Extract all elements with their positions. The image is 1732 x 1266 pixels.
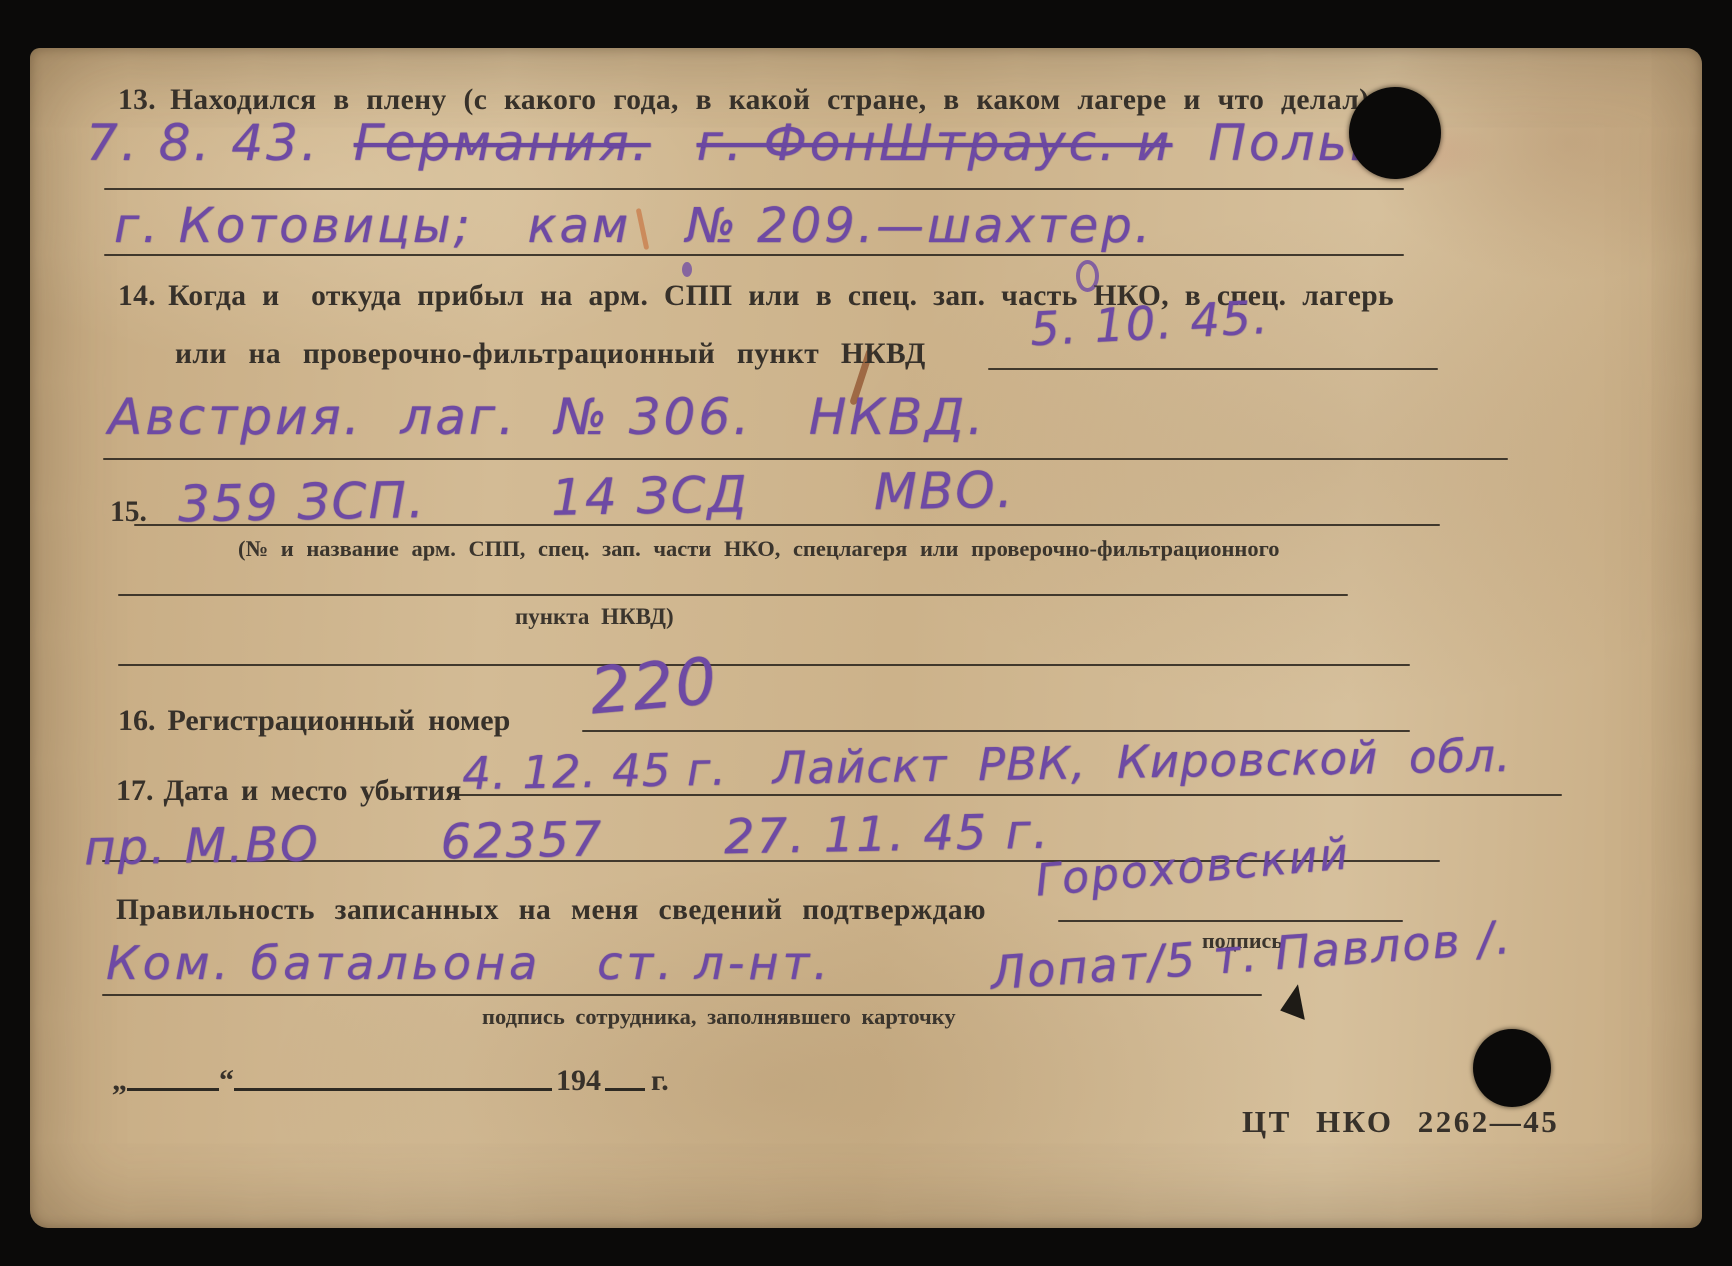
- ruled-line: [104, 254, 1404, 256]
- item-13-answer-line1: 7. 8. 43. Германия. г. ФонШтраус. и Поль…: [86, 114, 1432, 172]
- item-16-number: 16.: [118, 704, 156, 738]
- registration-number-handwritten: 220: [587, 645, 721, 730]
- confirmation-label: Правильность записанных на меня сведений…: [116, 894, 986, 927]
- arrival-date-handwritten: 5. 10. 45.: [1029, 290, 1271, 356]
- blank-month-line: [234, 1088, 552, 1091]
- paper-tear: [1279, 982, 1311, 1020]
- confirmation-signature-handwritten: Гороховский: [1033, 828, 1351, 906]
- ink-blot-purple: [682, 262, 692, 277]
- ruled-line: [104, 188, 1404, 190]
- close-quote: “: [219, 1064, 234, 1098]
- ruled-line: [118, 664, 1410, 666]
- year-suffix: г.: [651, 1064, 669, 1098]
- item-15-caption-line1: (№ и название арм. СПП, спец. зап. части…: [238, 536, 1280, 562]
- ruled-line: [103, 458, 1508, 460]
- filtration-card: 13. Находился в плену (с какого года, в …: [30, 48, 1702, 1228]
- item-15-number: 15.: [110, 496, 147, 529]
- item-15-answer: 359 ЗСП. 14 ЗСД МВО.: [178, 461, 1015, 534]
- camp-handwritten-struck: г. ФонШтраус. и: [697, 114, 1173, 172]
- year-prefix: 194: [556, 1064, 601, 1098]
- capture-date-handwritten: 7. 8. 43.: [86, 114, 320, 172]
- item-13-label: Находился в плену (с какого года, в како…: [170, 84, 1369, 117]
- item-17-number: 17.: [116, 774, 154, 808]
- form-code: ЦТ НКО 2262—45: [1242, 1104, 1559, 1140]
- ruled-line: [582, 730, 1410, 732]
- clerk-signature-caption: подпись сотрудника, заполнявшего карточк…: [482, 1004, 956, 1030]
- punch-hole-bottom: [1473, 1029, 1551, 1107]
- open-quote: „: [112, 1064, 127, 1098]
- blank-date-row: „ “ 194 г.: [112, 1050, 669, 1098]
- ruled-line: [988, 368, 1438, 370]
- item-14-label-line2: или на проверочно-фильтрационный пункт Н…: [175, 338, 926, 371]
- ruled-line: [118, 594, 1348, 596]
- departure-date-place-handwritten: 4. 12. 45 г. Лайскт РВК, Кировской обл.: [462, 729, 1512, 800]
- item-16-label: Регистрационный номер: [168, 704, 511, 738]
- item-14-answer-line2: Австрия. лаг. № 306. НКВД.: [108, 388, 986, 446]
- item-17-label: Дата и место убытия: [164, 774, 462, 808]
- item-16-row: 16. Регистрационный номер: [118, 704, 510, 738]
- item-15-caption-line2: пункта НКВД): [515, 604, 674, 630]
- blank-year-line: [605, 1088, 645, 1091]
- scanner-background: 13. Находился в плену (с какого года, в …: [0, 0, 1732, 1266]
- clerk-signature-handwritten: Лопат/5 т. Павлов /.: [989, 910, 1514, 1000]
- ruled-line: [102, 994, 1262, 996]
- item-17-row: 17. Дата и место убытия: [116, 774, 461, 808]
- punch-hole-top: [1349, 87, 1441, 179]
- item-13-row: 13. Находился в плену (с какого года, в …: [118, 84, 1369, 117]
- order-number-handwritten: пр. М.ВО 62357 27. 11. 45 г.: [84, 804, 1051, 877]
- clerk-position-handwritten: Ком. батальона ст. л-нт.: [106, 936, 832, 990]
- item-14-number: 14.: [118, 280, 156, 313]
- item-13-number: 13.: [118, 84, 156, 117]
- blank-day-line: [127, 1088, 219, 1091]
- country-handwritten-struck: Германия.: [354, 114, 651, 172]
- item-13-answer-line2: г. Котовицы; кам № 209.—шахтер.: [114, 198, 1153, 254]
